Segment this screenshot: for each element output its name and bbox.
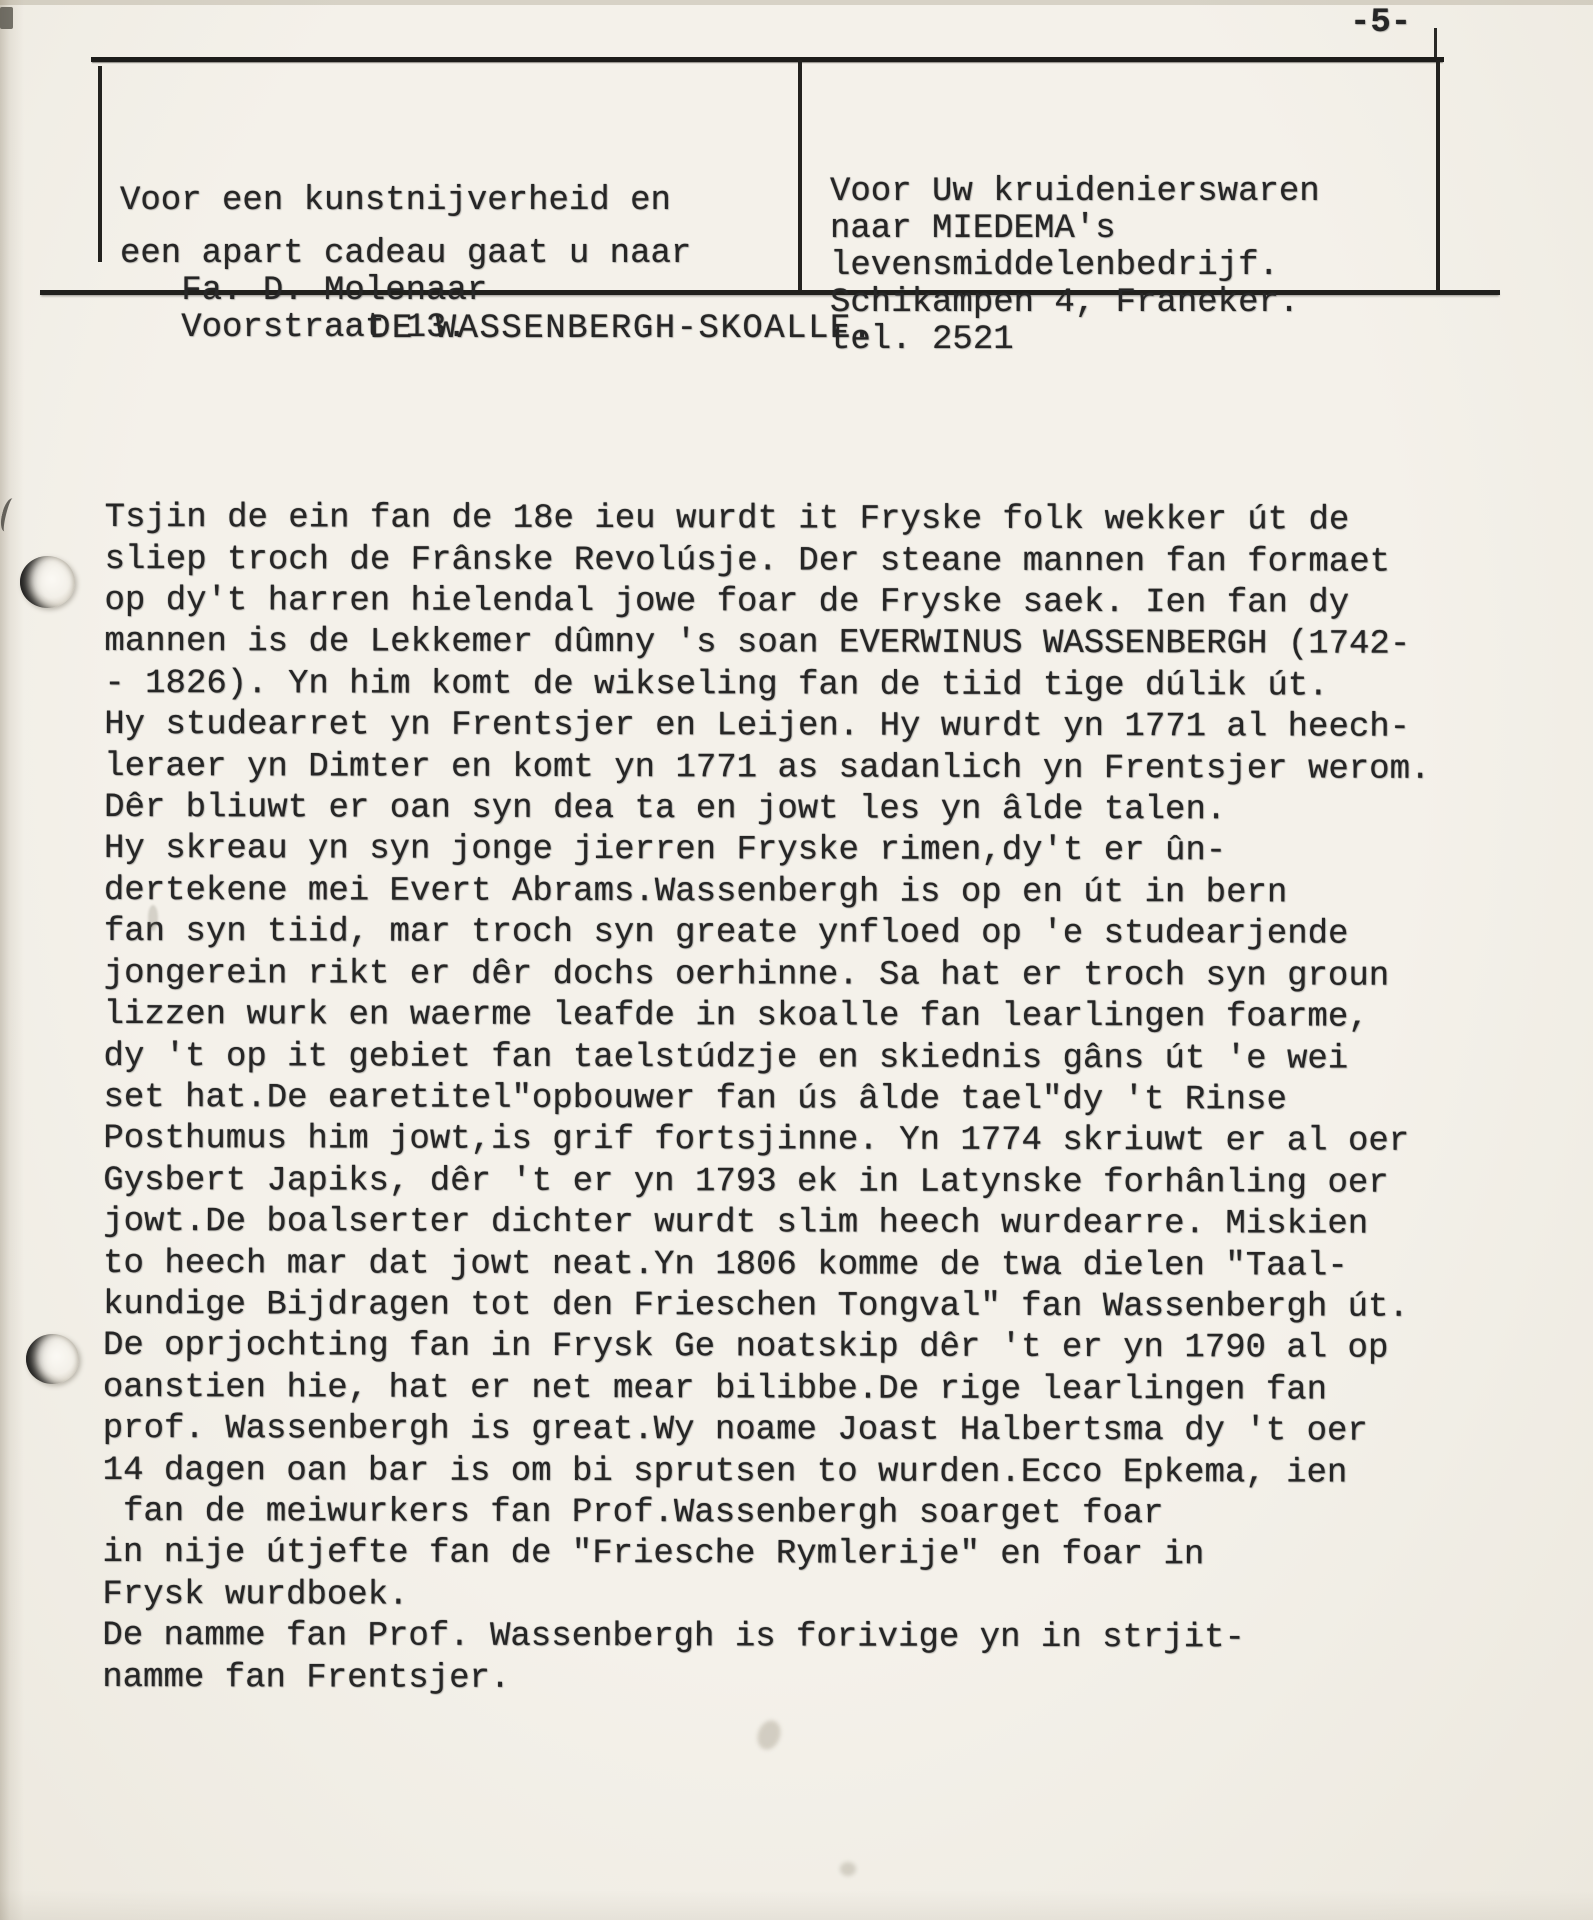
paper-stain — [754, 1717, 785, 1753]
ad-line: tel. 2521 — [830, 322, 1320, 359]
paper-stain — [148, 905, 158, 931]
body-text-line: oanstien hie, hat er net mear bilibbe.De… — [103, 1368, 1429, 1412]
punch-hole-bottom — [26, 1334, 79, 1384]
paper-stain — [840, 1862, 856, 1876]
punch-hole-top — [20, 556, 75, 608]
box-border-top — [91, 57, 1444, 62]
page-number: -5- — [1350, 4, 1411, 42]
body-text-line: - 1826). Yn him komt de wikseling fan de… — [104, 664, 1430, 708]
body-text-line: in nije útjefte fan de "Friesche Rymleri… — [102, 1533, 1428, 1577]
ad-left-column: Voor een kunstnijverheid eneen apart cad… — [120, 72, 691, 347]
box-border-left — [98, 66, 102, 262]
scan-speckles — [0, 0, 2, 2]
ad-line: Schikampen 4, Franeker. — [830, 285, 1320, 322]
body-text-line: Frysk wurdboek. — [102, 1575, 1428, 1619]
body-text-line: leraer yn Dimter en komt yn 1771 as sada… — [104, 747, 1430, 791]
body-text-line: Hy skreau yn syn jonge jierren Fryske ri… — [104, 829, 1430, 873]
body-text-line: jongerein rikt er dêr dochs oerhinne. Sa… — [104, 954, 1430, 998]
body-text-line: Posthumus him jowt,is grif fortsjinne. Y… — [103, 1119, 1429, 1163]
ad-line: Voor Uw kruidenierswaren — [830, 174, 1320, 211]
scan-corner-mark — [0, 7, 13, 29]
body-text-line: Hy studearret yn Frentsjer en Leijen. Hy… — [104, 705, 1430, 749]
ad-right-column: Voor Uw kruidenierswarennaar MIEDEMA'sle… — [830, 63, 1320, 359]
article-body: Tsjin de ein fan de 18e ieu wurdt it Fry… — [102, 374, 1431, 1702]
ad-line: levensmiddelenbedrijf. — [830, 248, 1320, 285]
body-text-line: mannen is de Lekkemer dûmny 's soan EVER… — [104, 622, 1430, 666]
body-text-line: fan de meiwurkers fan Prof.Wassenbergh s… — [103, 1492, 1429, 1536]
body-text-line: Tsjin de ein fan de 18e ieu wurdt it Fry… — [105, 498, 1431, 542]
box-column-divider — [798, 60, 802, 290]
scan-edge-mark — [0, 497, 19, 533]
body-text-line: prof. Wassenbergh is great.Wy noame Joas… — [103, 1409, 1429, 1453]
body-text-line: Gysbert Japiks, dêr 't er yn 1793 ek in … — [103, 1161, 1429, 1205]
box-border-right — [1436, 60, 1440, 290]
advertisement-box: Voor een kunstnijverheid eneen apart cad… — [95, 57, 1440, 295]
body-text-line: Dêr bliuwt er oan syn dea ta en jowt les… — [104, 788, 1430, 832]
body-text-line: namme fan Frentsjer. — [102, 1658, 1428, 1702]
body-text-line: dertekene mei Evert Abrams.Wassenbergh i… — [104, 871, 1430, 915]
body-text-line: sliep troch de Frânske Revolúsje. Der st… — [105, 540, 1431, 584]
body-text-line: set hat.De earetitel"opbouwer fan ús âld… — [103, 1078, 1429, 1122]
body-text-line: fan syn tiid, mar troch syn greate ynflo… — [104, 912, 1430, 956]
body-text-line: op dy't harren hielendal jowe foar de Fr… — [104, 581, 1430, 625]
body-text-line: 14 dagen oan bar is om bi sprutsen to wu… — [103, 1451, 1429, 1495]
body-text-line: De namme fan Prof. Wassenbergh is forivi… — [102, 1616, 1428, 1660]
box-right-tick — [1434, 28, 1437, 57]
scanned-document-page: -5- Voor een kunstnijverheid eneen apart… — [0, 0, 1593, 1920]
body-text-line: to heech mar dat jowt neat.Yn 1806 komme… — [103, 1244, 1429, 1288]
body-text-line: lizzen wurk en waerme leafde in skoalle … — [104, 995, 1430, 1039]
ad-line: Fa. D. Molenaar — [120, 273, 691, 310]
body-text-line: kundige Bijdragen tot den Frieschen Tong… — [103, 1285, 1429, 1329]
ad-line: Voor een kunstnijverheid en — [120, 183, 691, 220]
ad-line: een apart cadeau gaat u naar — [120, 236, 691, 273]
article-title: DE WASSENBERGH-SKOALLE. — [370, 310, 874, 348]
body-text-line: De oprjochting fan in Frysk Ge noatskip … — [103, 1326, 1429, 1370]
body-text-line: dy 't op it gebiet fan taelstúdzje en sk… — [104, 1036, 1430, 1080]
ad-line: naar MIEDEMA's — [830, 211, 1320, 248]
body-text-line: jowt.De boalserter dichter wurdt slim he… — [103, 1202, 1429, 1246]
